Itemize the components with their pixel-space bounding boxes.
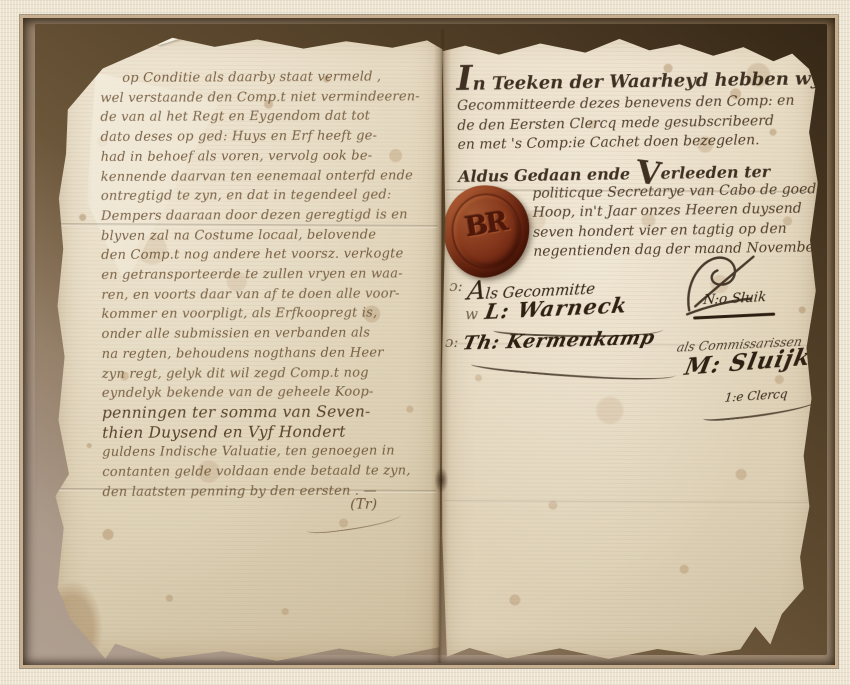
mat-board: [20, 15, 838, 668]
framed-manuscript-photo: op Conditie als daarby staat vermeld , w…: [0, 0, 850, 685]
backing-board: [35, 24, 827, 655]
